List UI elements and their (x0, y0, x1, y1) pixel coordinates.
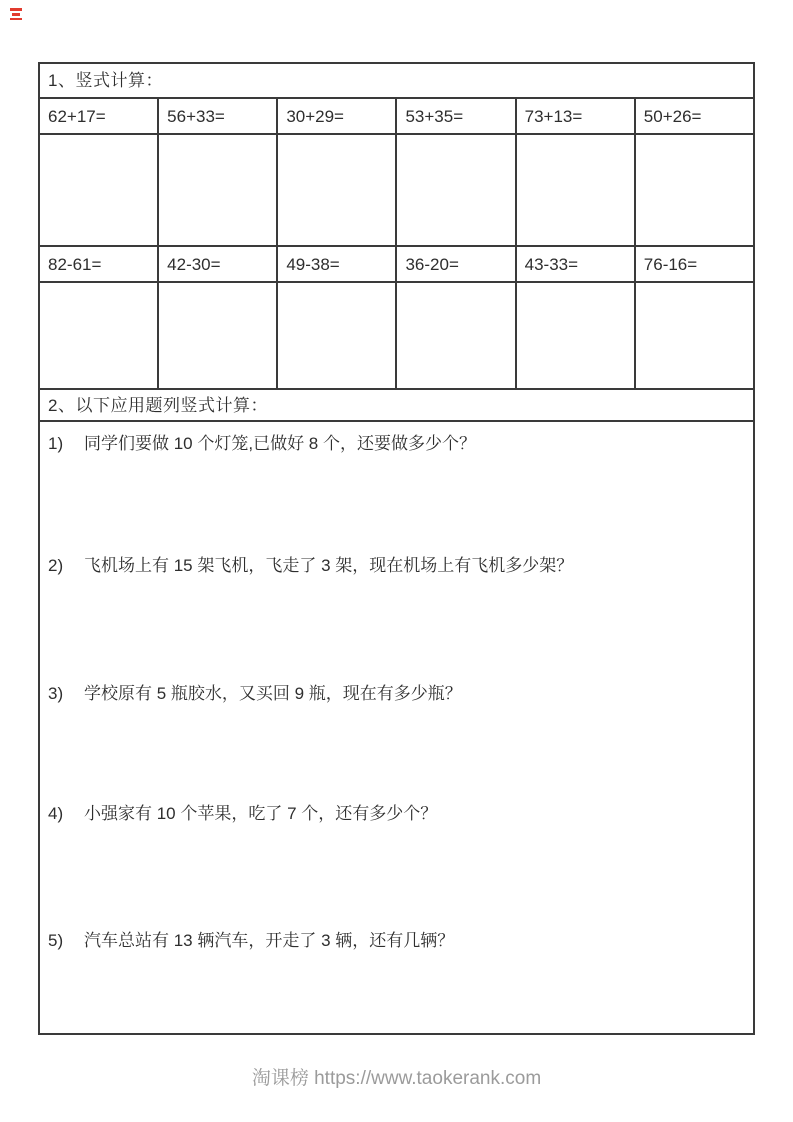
word-problem-2: 2) 飞机场上有 15 架飞机，飞走了 3 架，现在机场上有飞机多少架？ (40, 554, 753, 578)
equation-cell: 73+13= (516, 98, 635, 134)
work-area-cell (39, 134, 158, 246)
work-area-cell (516, 134, 635, 246)
site-footer-watermark: 淘课榜 https://www.taokerank.com (0, 1063, 793, 1090)
word-problem-text: 汽车总站有 13 辆汽车，开走了 3 辆，还有几辆？ (84, 929, 753, 953)
equation-cell: 36-20= (396, 246, 515, 282)
work-area-cell (516, 282, 635, 389)
section2-title-row: 2、以下应用题列竖式计算： (39, 389, 754, 421)
word-problem-number: 5) (48, 929, 70, 953)
word-problems-area: 1) 同学们要做 10 个灯笼,已做好 8 个，还要做多少个？ 2) 飞机场上有… (39, 421, 754, 1034)
equation-cell: 30+29= (277, 98, 396, 134)
word-problem-text: 同学们要做 10 个灯笼,已做好 8 个，还要做多少个？ (84, 432, 753, 456)
word-problem-number: 4) (48, 802, 70, 826)
equation-row-1: 62+17= 56+33= 30+29= 53+35= 73+13= 50+26… (39, 98, 754, 134)
work-area-cell (396, 134, 515, 246)
word-problem-4: 4) 小强家有 10 个苹果，吃了 7 个，还有多少个？ (40, 802, 753, 826)
work-area-cell (277, 134, 396, 246)
equation-cell: 49-38= (277, 246, 396, 282)
word-problem-number: 2) (48, 554, 70, 578)
word-problem-number: 3) (48, 682, 70, 706)
equation-cell: 50+26= (635, 98, 754, 134)
red-corner-mark-icon (10, 7, 22, 20)
worksheet-table: 1、竖式计算： 62+17= 56+33= 30+29= 53+35= 73+1… (38, 62, 755, 1035)
section1-title: 1、竖式计算： (39, 63, 754, 98)
work-area-row-2 (39, 282, 754, 389)
equation-cell: 76-16= (635, 246, 754, 282)
word-problem-3: 3) 学校原有 5 瓶胶水，又买回 9 瓶，现在有多少瓶？ (40, 682, 753, 706)
word-problem-5: 5) 汽车总站有 13 辆汽车，开走了 3 辆，还有几辆？ (40, 929, 753, 953)
work-area-cell (396, 282, 515, 389)
word-problem-text: 小强家有 10 个苹果，吃了 7 个，还有多少个？ (84, 802, 753, 826)
work-area-cell (158, 134, 277, 246)
equation-cell: 43-33= (516, 246, 635, 282)
work-area-cell (158, 282, 277, 389)
word-problem-text: 飞机场上有 15 架飞机，飞走了 3 架，现在机场上有飞机多少架？ (84, 554, 753, 578)
equation-cell: 53+35= (396, 98, 515, 134)
section1-title-row: 1、竖式计算： (39, 63, 754, 98)
equation-cell: 56+33= (158, 98, 277, 134)
work-area-cell (39, 282, 158, 389)
equation-cell: 62+17= (39, 98, 158, 134)
equation-cell: 42-30= (158, 246, 277, 282)
word-problem-1: 1) 同学们要做 10 个灯笼,已做好 8 个，还要做多少个？ (40, 432, 753, 456)
word-problem-number: 1) (48, 432, 70, 456)
work-area-cell (635, 134, 754, 246)
equation-row-2: 82-61= 42-30= 49-38= 36-20= 43-33= 76-16… (39, 246, 754, 282)
word-problem-text: 学校原有 5 瓶胶水，又买回 9 瓶，现在有多少瓶？ (84, 682, 753, 706)
work-area-row-1 (39, 134, 754, 246)
equation-cell: 82-61= (39, 246, 158, 282)
section2-title: 2、以下应用题列竖式计算： (39, 389, 754, 421)
work-area-cell (277, 282, 396, 389)
word-problems-row: 1) 同学们要做 10 个灯笼,已做好 8 个，还要做多少个？ 2) 飞机场上有… (39, 421, 754, 1034)
work-area-cell (635, 282, 754, 389)
